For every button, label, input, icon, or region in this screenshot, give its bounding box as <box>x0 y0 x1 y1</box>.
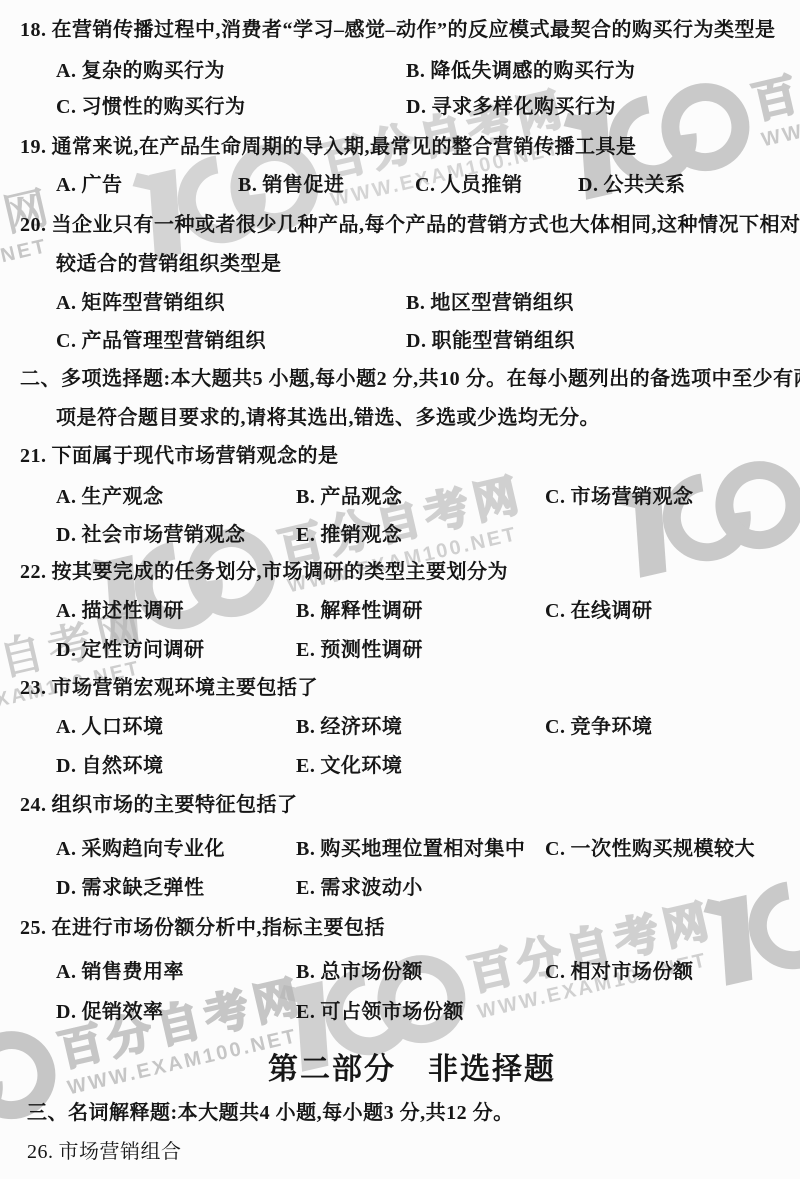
option-label: B. <box>406 292 425 314</box>
exam-content: 18.在营销传播过程中,消费者“学习–感觉–动作”的反应模式最契合的购买行为类型… <box>0 0 800 1179</box>
option-label: B. <box>406 60 425 82</box>
option-label: D. <box>406 330 426 352</box>
question-number: 25. <box>20 917 47 939</box>
option-label: E. <box>296 877 315 899</box>
option-23-B: B.经济环境 <box>296 714 402 740</box>
option-label: A. <box>56 716 76 738</box>
option-20-B: B.地区型营销组织 <box>406 290 574 316</box>
option-text: 地区型营销组织 <box>430 292 574 314</box>
option-text: 复杂的购买行为 <box>81 60 225 82</box>
option-text: 降低失调感的购买行为 <box>430 60 635 82</box>
option-23-A: A.人口环境 <box>56 714 163 740</box>
option-18-C: C.习惯性的购买行为 <box>56 94 245 120</box>
option-19-C: C.人员推销 <box>415 172 522 198</box>
question-21-stem-line: 21.下面属于现代市场营销观念的是 <box>20 443 339 469</box>
option-label: A. <box>56 486 76 508</box>
option-text: 人口环境 <box>81 716 163 738</box>
option-text: 一次性购买规模较大 <box>570 838 755 860</box>
question-23-stem-line: 23.市场营销宏观环境主要包括了 <box>20 675 318 701</box>
option-label: D. <box>56 877 76 899</box>
option-text: 需求缺乏弹性 <box>81 877 204 899</box>
question-number: 18. <box>20 19 47 41</box>
question-stem-text: 较适合的营销组织类型是 <box>56 253 282 275</box>
option-text: 定性访问调研 <box>81 639 204 661</box>
option-text: 产品管理型营销组织 <box>81 330 266 352</box>
section2-header-line2: 项是符合题目要求的,请将其选出,错选、多选或少选均无分。 <box>56 405 600 431</box>
option-label: A. <box>56 174 76 196</box>
question-stem-text: 市场营销宏观环境主要包括了 <box>52 677 319 699</box>
option-23-D: D.自然环境 <box>56 753 163 779</box>
option-text: 采购趋向专业化 <box>81 838 225 860</box>
option-text: 习惯性的购买行为 <box>81 96 245 118</box>
option-text: 在线调研 <box>570 600 652 622</box>
option-text: 矩阵型营销组织 <box>81 292 225 314</box>
question-20-stem-line2: 较适合的营销组织类型是 <box>56 251 282 277</box>
option-21-C: C.市场营销观念 <box>545 484 693 510</box>
option-label: C. <box>545 961 565 983</box>
question-20-stem-line: 20.当企业只有一种或者很少几种产品,每个产品的营销方式也大体相同,这种情况下相… <box>20 212 800 238</box>
option-24-B: B.购买地理位置相对集中 <box>296 836 525 862</box>
question-22-stem-line: 22.按其要完成的任务划分,市场调研的类型主要划分为 <box>20 559 508 585</box>
option-18-A: A.复杂的购买行为 <box>56 58 225 84</box>
question-number: 26. <box>27 1141 54 1163</box>
option-text: 寻求多样化购买行为 <box>431 96 616 118</box>
option-label: B. <box>238 174 257 196</box>
part2-heading: 第二部分 非选择题 <box>268 1044 556 1088</box>
option-text: 相对市场份额 <box>570 961 693 983</box>
option-text: 社会市场营销观念 <box>81 524 245 546</box>
option-text: 生产观念 <box>81 486 163 508</box>
option-text: 需求波动小 <box>320 877 423 899</box>
option-24-D: D.需求缺乏弹性 <box>56 875 204 901</box>
question-text: 市场营销组合 <box>59 1141 182 1163</box>
option-label: D. <box>56 639 76 661</box>
question-stem-text: 在营销传播过程中,消费者“学习–感觉–动作”的反应模式最契合的购买行为类型是 <box>52 19 776 41</box>
option-text: 文化环境 <box>320 755 402 777</box>
option-25-E: E.可占领市场份额 <box>296 999 464 1025</box>
option-label: B. <box>296 600 315 622</box>
option-label: B. <box>296 961 315 983</box>
question-24-stem-line: 24.组织市场的主要特征包括了 <box>20 792 298 818</box>
question-stem-text: 下面属于现代市场营销观念的是 <box>52 445 339 467</box>
option-label: D. <box>56 755 76 777</box>
question-stem-text: 通常来说,在产品生命周期的导入期,最常见的整合营销传播工具是 <box>52 136 637 158</box>
option-19-B: B.销售促进 <box>238 172 344 198</box>
option-text: 购买地理位置相对集中 <box>320 838 525 860</box>
option-label: C. <box>56 330 76 352</box>
option-label: C. <box>545 838 565 860</box>
option-label: E. <box>296 1001 315 1023</box>
option-label: C. <box>545 486 565 508</box>
option-19-D: D.公共关系 <box>578 172 685 198</box>
option-24-A: A.采购趋向专业化 <box>56 836 225 862</box>
option-text: 经济环境 <box>320 716 402 738</box>
option-19-A: A.广告 <box>56 172 122 198</box>
option-18-B: B.降低失调感的购买行为 <box>406 58 635 84</box>
option-text: 销售费用率 <box>81 961 184 983</box>
option-24-C: C.一次性购买规模较大 <box>545 836 755 862</box>
option-label: C. <box>545 716 565 738</box>
option-21-E: E.推销观念 <box>296 522 402 548</box>
option-label: B. <box>296 838 315 860</box>
option-label: A. <box>56 961 76 983</box>
option-label: E. <box>296 524 315 546</box>
option-label: D. <box>56 524 76 546</box>
option-22-E: E.预测性调研 <box>296 637 423 663</box>
exam-paper-page: 百分自考网WWW.EXAM100.NET百分自考网WWW.EXAM100.NET… <box>0 0 800 1179</box>
option-25-B: B.总市场份额 <box>296 959 423 985</box>
option-text: 销售促进 <box>262 174 344 196</box>
option-label: B. <box>296 486 315 508</box>
option-25-A: A.销售费用率 <box>56 959 184 985</box>
section2-header-line1: 二、多项选择题:本大题共5 小题,每小题2 分,共10 分。在每小题列出的备选项… <box>20 366 800 392</box>
option-25-C: C.相对市场份额 <box>545 959 693 985</box>
option-18-D: D.寻求多样化购买行为 <box>406 94 616 120</box>
option-text: 自然环境 <box>81 755 163 777</box>
option-20-D: D.职能型营销组织 <box>406 328 575 354</box>
option-text: 市场营销观念 <box>570 486 693 508</box>
option-text: 产品观念 <box>320 486 402 508</box>
question-number: 19. <box>20 136 47 158</box>
option-text: 可占领市场份额 <box>320 1001 464 1023</box>
option-text: 促销效率 <box>81 1001 163 1023</box>
option-text: 人员推销 <box>440 174 522 196</box>
question-stem-text: 组织市场的主要特征包括了 <box>52 794 298 816</box>
option-21-A: A.生产观念 <box>56 484 163 510</box>
question-number: 22. <box>20 561 47 583</box>
question-stem-text: 在进行市场份额分析中,指标主要包括 <box>52 917 386 939</box>
question-number: 21. <box>20 445 47 467</box>
question-25-stem-line: 25.在进行市场份额分析中,指标主要包括 <box>20 915 385 941</box>
option-21-D: D.社会市场营销观念 <box>56 522 245 548</box>
option-text: 解释性调研 <box>320 600 423 622</box>
option-22-C: C.在线调研 <box>545 598 652 624</box>
option-label: A. <box>56 60 76 82</box>
option-21-B: B.产品观念 <box>296 484 402 510</box>
question-19-stem-line: 19.通常来说,在产品生命周期的导入期,最常见的整合营销传播工具是 <box>20 134 637 160</box>
option-label: D. <box>56 1001 76 1023</box>
option-label: C. <box>415 174 435 196</box>
question-26-line: 26.市场营销组合 <box>27 1139 182 1165</box>
option-text: 推销观念 <box>320 524 402 546</box>
question-number: 20. <box>20 214 47 236</box>
option-text: 描述性调研 <box>81 600 184 622</box>
option-text: 竞争环境 <box>570 716 652 738</box>
option-23-C: C.竞争环境 <box>545 714 652 740</box>
option-label: D. <box>578 174 598 196</box>
question-18-stem-line: 18.在营销传播过程中,消费者“学习–感觉–动作”的反应模式最契合的购买行为类型… <box>20 17 776 43</box>
option-text: 总市场份额 <box>320 961 423 983</box>
section3-header: 三、名词解释题:本大题共4 小题,每小题3 分,共12 分。 <box>27 1100 514 1126</box>
option-label: A. <box>56 838 76 860</box>
question-number: 23. <box>20 677 47 699</box>
option-22-D: D.定性访问调研 <box>56 637 204 663</box>
option-label: C. <box>545 600 565 622</box>
option-20-C: C.产品管理型营销组织 <box>56 328 266 354</box>
option-text: 职能型营销组织 <box>431 330 575 352</box>
option-25-D: D.促销效率 <box>56 999 163 1025</box>
option-label: A. <box>56 292 76 314</box>
option-label: B. <box>296 716 315 738</box>
option-text: 预测性调研 <box>320 639 423 661</box>
option-label: E. <box>296 639 315 661</box>
option-22-A: A.描述性调研 <box>56 598 184 624</box>
option-text: 公共关系 <box>603 174 685 196</box>
option-23-E: E.文化环境 <box>296 753 402 779</box>
question-stem-text: 当企业只有一种或者很少几种产品,每个产品的营销方式也大体相同,这种情况下相对比 <box>52 214 800 236</box>
option-label: A. <box>56 600 76 622</box>
option-label: E. <box>296 755 315 777</box>
option-label: C. <box>56 96 76 118</box>
option-22-B: B.解释性调研 <box>296 598 423 624</box>
option-24-E: E.需求波动小 <box>296 875 423 901</box>
option-label: D. <box>406 96 426 118</box>
option-text: 广告 <box>81 174 122 196</box>
option-20-A: A.矩阵型营销组织 <box>56 290 225 316</box>
question-stem-text: 按其要完成的任务划分,市场调研的类型主要划分为 <box>52 561 509 583</box>
question-number: 24. <box>20 794 47 816</box>
